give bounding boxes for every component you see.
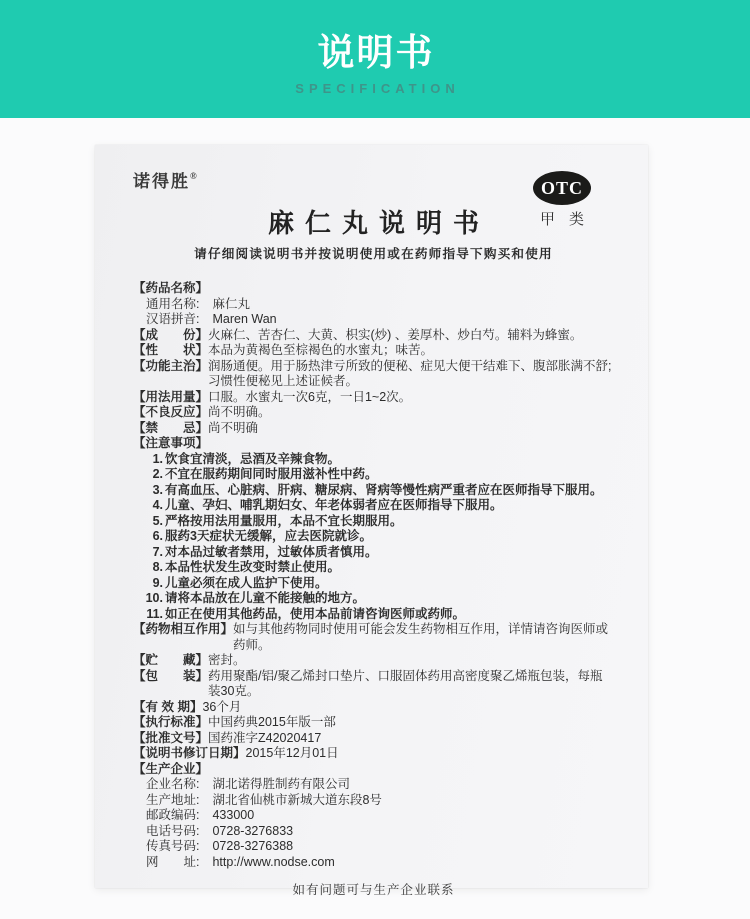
registered-trademark-icon: ® — [190, 171, 197, 181]
note-item: 7.对本品过敏者禁用，过敏体质者慎用。 — [133, 545, 614, 561]
field-value: 433000 — [212, 808, 614, 824]
field-postcode: 邮政编码:433000 — [133, 808, 614, 824]
section-drug-name: 【药品名称】 — [133, 281, 614, 297]
field-label: 汉语拼音: — [146, 312, 199, 328]
section-text: 火麻仁、苦杏仁、大黄、枳实(炒) 、姜厚朴、炒白芍。辅料为蜂蜜。 — [208, 328, 614, 344]
banner-subtitle: SPECIFICATION — [290, 81, 459, 96]
section-dosage: 【用法用量】口服。水蜜丸一次6克，一日1~2次。 — [133, 390, 614, 406]
note-item: 10.请将本品放在儿童不能接触的地方。 — [133, 591, 614, 607]
note-text: 儿童、孕妇、哺乳期妇女、年老体弱者应在医师指导下服用。 — [165, 498, 614, 514]
section-label: 【包 装】 — [133, 669, 208, 685]
note-item: 8.本品性状发生改变时禁止使用。 — [133, 560, 614, 576]
note-text: 饮食宜清淡，忌酒及辛辣食物。 — [165, 452, 614, 468]
section-label: 【药品名称】 — [133, 281, 208, 297]
field-company-name: 企业名称:湖北诺得胜制药有限公司 — [133, 777, 614, 793]
section-indications: 【功能主治】润肠通便。用于肠热津亏所致的便秘、症见大便干结难下、腹部胀满不舒; … — [133, 359, 614, 390]
section-text: 尚不明确。 — [208, 405, 614, 421]
section-text: 国药准字Z42020417 — [208, 731, 614, 747]
note-text: 对本品过敏者禁用，过敏体质者慎用。 — [165, 545, 614, 561]
note-item: 11.如正在使用其他药品，使用本品前请咨询医师或药师。 — [133, 607, 614, 623]
note-item: 9.儿童必须在成人监护下使用。 — [133, 576, 614, 592]
contact-footer: 如有问题可与生产企业联系 — [133, 880, 614, 898]
field-label: 生产地址: — [146, 793, 199, 809]
section-storage: 【贮 藏】密封。 — [133, 653, 614, 669]
section-label: 【用法用量】 — [133, 390, 208, 406]
note-text: 有高血压、心脏病、肝病、糖尿病、肾病等慢性病严重者应在医师指导下服用。 — [165, 483, 614, 499]
note-number: 11. — [140, 607, 163, 623]
note-number: 1. — [140, 452, 163, 468]
note-number: 4. — [140, 498, 163, 514]
otc-oval-icon: OTC — [533, 171, 591, 205]
section-approval-number: 【批准文号】国药准字Z42020417 — [133, 731, 614, 747]
field-label: 电话号码: — [146, 824, 199, 840]
section-text: 本品为黄褐色至棕褐色的水蜜丸；味苦。 — [208, 343, 614, 359]
section-label: 【成 份】 — [133, 328, 208, 344]
section-label: 【注意事项】 — [133, 436, 208, 452]
section-label: 【执行标准】 — [133, 715, 208, 731]
field-value: 湖北诺得胜制药有限公司 — [212, 777, 614, 793]
section-text: 2015年12月01日 — [246, 746, 614, 762]
field-label: 通用名称: — [146, 297, 199, 313]
field-phone: 电话号码:0728-3276833 — [133, 824, 614, 840]
document-title: 麻仁丸说明书 — [133, 203, 614, 240]
note-number: 8. — [140, 560, 163, 576]
field-pinyin: 汉语拼音:Maren Wan — [133, 312, 614, 328]
field-label: 传真号码: — [146, 839, 199, 855]
note-text: 服药3天症状无缓解，应去医院就诊。 — [165, 529, 614, 545]
section-label: 【药物相互作用】 — [133, 622, 233, 638]
note-number: 9. — [140, 576, 163, 592]
section-label: 【禁 忌】 — [133, 421, 208, 437]
section-contraindications: 【禁 忌】尚不明确 — [133, 421, 614, 437]
section-text: 润肠通便。用于肠热津亏所致的便秘、症见大便干结难下、腹部胀满不舒; 习惯性便秘见… — [208, 359, 614, 390]
section-validity: 【有 效 期】36个月 — [133, 700, 614, 716]
section-revision-date: 【说明书修订日期】2015年12月01日 — [133, 746, 614, 762]
note-text: 本品性状发生改变时禁止使用。 — [165, 560, 614, 576]
section-manufacturer: 【生产企业】 — [133, 762, 614, 778]
sheet-header: 诺得胜® OTC 甲类 麻仁丸说明书 请仔细阅读说明书并按说明使用或在药师指导下… — [133, 161, 614, 265]
field-label: 企业名称: — [146, 777, 199, 793]
note-item: 2.不宜在服药期间同时服用滋补性中药。 — [133, 467, 614, 483]
section-ingredients: 【成 份】火麻仁、苦杏仁、大黄、枳实(炒) 、姜厚朴、炒白芍。辅料为蜂蜜。 — [133, 328, 614, 344]
note-number: 3. — [140, 483, 163, 499]
note-item: 4.儿童、孕妇、哺乳期妇女、年老体弱者应在医师指导下服用。 — [133, 498, 614, 514]
section-label: 【性 状】 — [133, 343, 208, 359]
note-number: 6. — [140, 529, 163, 545]
section-text: 药用聚酯/铝/聚乙烯封口垫片、口服固体药用高密度聚乙烯瓶包装，每瓶装30克。 — [208, 669, 614, 700]
section-label: 【生产企业】 — [133, 762, 208, 778]
field-value: 麻仁丸 — [212, 297, 614, 313]
section-text: 口服。水蜜丸一次6克，一日1~2次。 — [208, 390, 614, 406]
section-text: 中国药典2015年版一部 — [208, 715, 614, 731]
field-value: http://www.nodse.com — [212, 855, 614, 871]
section-label: 【说明书修订日期】 — [133, 746, 246, 762]
field-address: 生产地址:湖北省仙桃市新城大道东段8号 — [133, 793, 614, 809]
note-item: 6.服药3天症状无缓解，应去医院就诊。 — [133, 529, 614, 545]
field-value: 0728-3276833 — [212, 824, 614, 840]
field-value: 0728-3276388 — [212, 839, 614, 855]
field-website: 网 址:http://www.nodse.com — [133, 855, 614, 871]
section-precautions: 【注意事项】 — [133, 436, 614, 452]
field-value: Maren Wan — [212, 312, 614, 328]
field-fax: 传真号码:0728-3276388 — [133, 839, 614, 855]
note-text: 严格按用法用量服用，本品不宜长期服用。 — [165, 514, 614, 530]
note-number: 10. — [140, 591, 163, 607]
note-item: 5.严格按用法用量服用，本品不宜长期服用。 — [133, 514, 614, 530]
banner-title: 说明书 — [316, 22, 435, 76]
brand-name: 诺得胜 — [133, 172, 190, 191]
section-adverse-reactions: 【不良反应】尚不明确。 — [133, 405, 614, 421]
header-banner: 说明书 SPECIFICATION — [0, 0, 750, 118]
field-value: 湖北省仙桃市新城大道东段8号 — [212, 793, 614, 809]
note-number: 5. — [140, 514, 163, 530]
note-text: 请将本品放在儿童不能接触的地方。 — [165, 591, 614, 607]
note-text: 如正在使用其他药品，使用本品前请咨询医师或药师。 — [165, 607, 614, 623]
note-number: 2. — [140, 467, 163, 483]
section-label: 【功能主治】 — [133, 359, 208, 375]
note-item: 3.有高血压、心脏病、肝病、糖尿病、肾病等慢性病严重者应在医师指导下服用。 — [133, 483, 614, 499]
note-number: 7. — [140, 545, 163, 561]
instruction-sheet: 诺得胜® OTC 甲类 麻仁丸说明书 请仔细阅读说明书并按说明使用或在药师指导下… — [95, 145, 648, 888]
document-body: 【药品名称】通用名称:麻仁丸汉语拼音:Maren Wan【成 份】火麻仁、苦杏仁… — [133, 281, 614, 870]
section-text: 尚不明确 — [208, 421, 614, 437]
note-text: 儿童必须在成人监护下使用。 — [165, 576, 614, 592]
read-carefully-notice: 请仔细阅读说明书并按说明使用或在药师指导下购买和使用 — [133, 243, 614, 262]
section-label: 【贮 藏】 — [133, 653, 208, 669]
section-standard: 【执行标准】中国药典2015年版一部 — [133, 715, 614, 731]
field-label: 邮政编码: — [146, 808, 199, 824]
otc-label: OTC — [541, 178, 583, 199]
section-text: 36个月 — [202, 700, 614, 716]
section-text: 如与其他药物同时使用可能会发生药物相互作用，详情请咨询医师或药师。 — [233, 622, 614, 653]
note-text: 不宜在服药期间同时服用滋补性中药。 — [165, 467, 614, 483]
section-drug-interactions: 【药物相互作用】如与其他药物同时使用可能会发生药物相互作用，详情请咨询医师或药师… — [133, 622, 614, 653]
section-label: 【不良反应】 — [133, 405, 208, 421]
note-item: 1.饮食宜清淡，忌酒及辛辣食物。 — [133, 452, 614, 468]
section-text: 密封。 — [208, 653, 614, 669]
field-generic-name: 通用名称:麻仁丸 — [133, 297, 614, 313]
section-label: 【有 效 期】 — [133, 700, 202, 716]
section-label: 【批准文号】 — [133, 731, 208, 747]
section-description: 【性 状】本品为黄褐色至棕褐色的水蜜丸；味苦。 — [133, 343, 614, 359]
section-package: 【包 装】药用聚酯/铝/聚乙烯封口垫片、口服固体药用高密度聚乙烯瓶包装，每瓶装3… — [133, 669, 614, 700]
page: { "banner": { "title": "说明书", "subtitle"… — [0, 0, 750, 919]
field-label: 网 址: — [146, 855, 199, 871]
brand-logo: 诺得胜® — [133, 167, 197, 192]
